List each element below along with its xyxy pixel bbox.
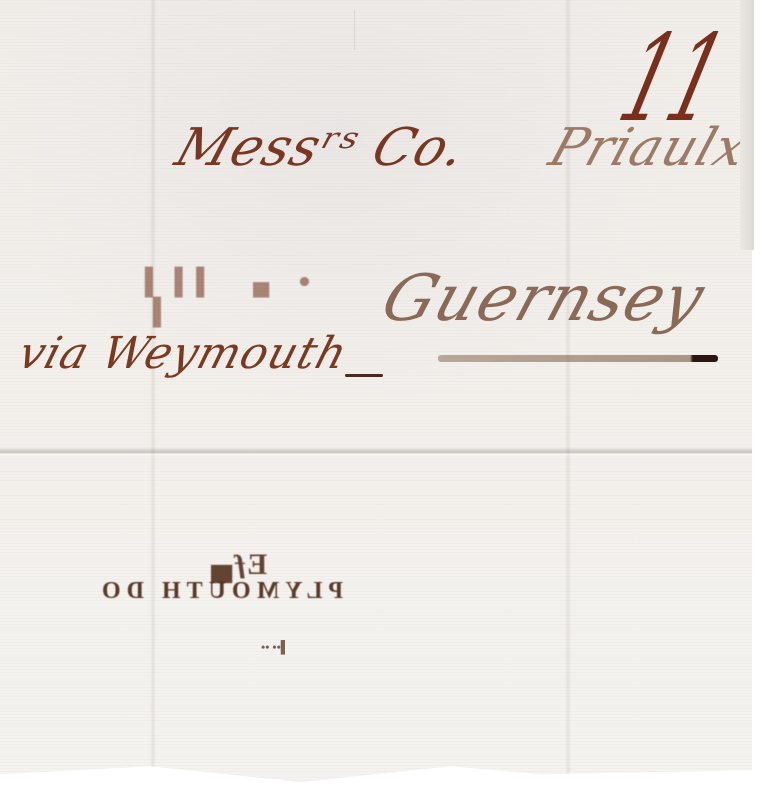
addressee-name: Priaulx & Cº xyxy=(542,118,771,178)
letter-sheet: 11 Messʳˢ Co. Priaulx & Cº ▌▐▐ ▄ • ▐ Gue… xyxy=(0,0,752,790)
addressee-salutation: Messʳˢ Co. xyxy=(168,118,474,178)
postmark-plymouth: Eƒ▄ PLYMOUTH DO •• ••▌ xyxy=(96,520,396,660)
destination-city: Guernsey xyxy=(373,262,714,336)
horizontal-fold xyxy=(0,448,752,458)
postmark-crown-mark: Eƒ▄ xyxy=(211,548,267,582)
routing-instruction: via Weymouth xyxy=(13,328,354,379)
postmark-fragments: •• ••▌ xyxy=(261,640,289,655)
crease-mark xyxy=(354,10,355,50)
routing-dash xyxy=(345,374,383,377)
paper-edge-flap xyxy=(740,0,754,250)
addressee-line: Messʳˢ Co. Priaulx & Cº xyxy=(168,118,771,178)
postmark-town-name: PLYMOUTH DO xyxy=(96,578,343,605)
city-underline xyxy=(438,355,718,362)
vertical-fold-left xyxy=(150,0,156,790)
